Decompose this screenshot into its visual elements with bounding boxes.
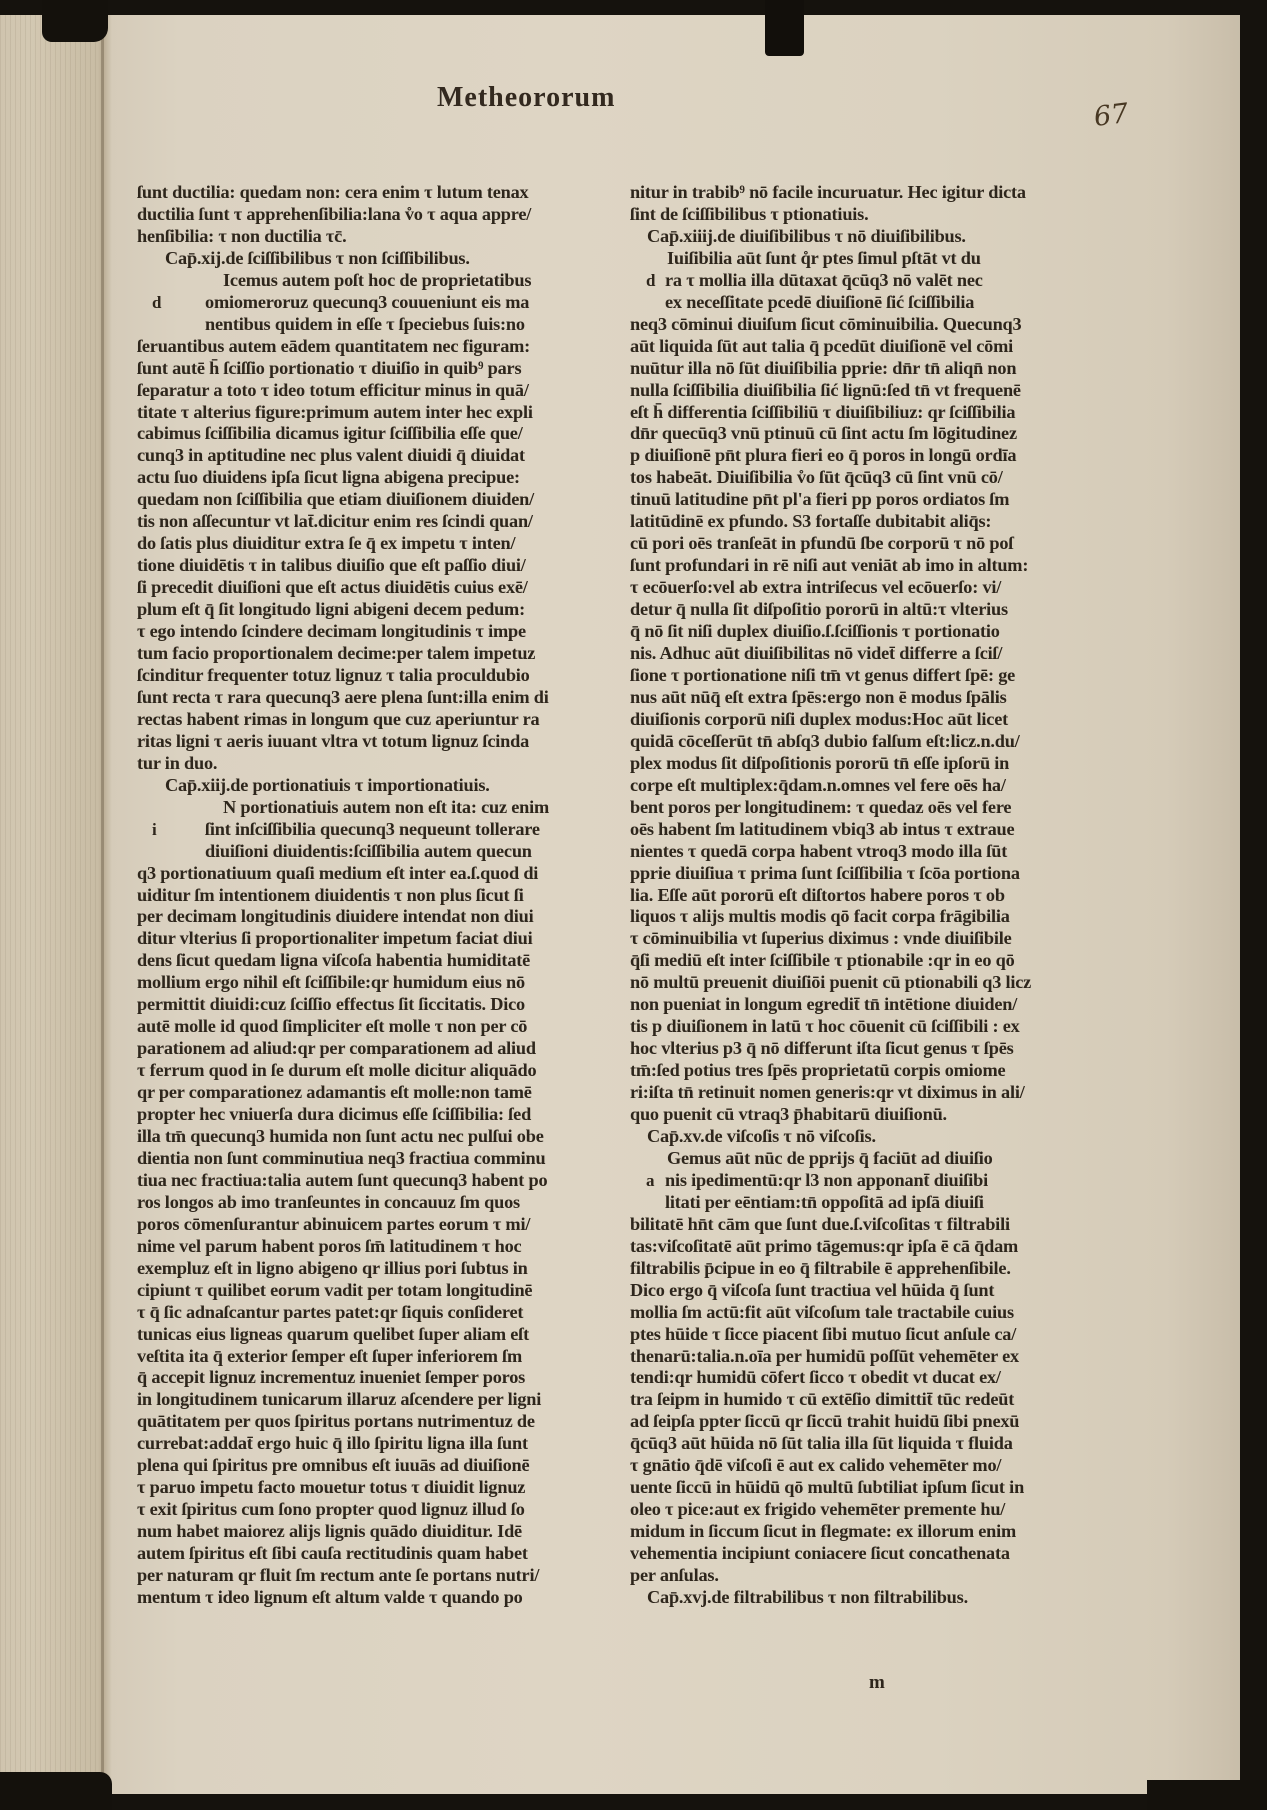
- text-line: nientes τ quedā corpa habent vtroq3 modo…: [630, 841, 1088, 863]
- text-line: tinuū latitudine pn̄t pl'a fieri pp poro…: [630, 489, 1088, 511]
- line-text: currebat:addat̄ ergo huic q̄ illo ſpirit…: [137, 1433, 528, 1453]
- line-text: τ ecōuerſo:vel ab extra intriſecus vel e…: [630, 577, 1001, 597]
- text-line: τ paruo impetu facto mouetur totus τ diu…: [137, 1477, 595, 1499]
- line-text: litati per eēntiam:tn̄ oppoſitā ad ipſā …: [665, 1192, 984, 1212]
- text-line: ex neceſſitate pcedē diuiſionē ſić ſciſſ…: [630, 292, 1088, 314]
- line-text: parationem ad aliud:qr per comparationem…: [137, 1038, 536, 1058]
- text-line: nis. Adhuc aūt diuiſibilitas nō videt̄ d…: [630, 643, 1088, 665]
- line-text: ri:iſta tn̄ retinuit nomen generis:qr vt…: [630, 1082, 1025, 1102]
- line-text: dientia non ſunt comminutiua neq3 fracti…: [137, 1148, 545, 1168]
- text-line: ſeruantibus autem eādem quantitatem nec …: [137, 336, 595, 358]
- line-text: permittit diuidi:cuz ſciſſio effectus ſi…: [137, 994, 525, 1014]
- line-text: ſunt ductilia: quedam non: cera enim τ l…: [137, 182, 529, 202]
- line-text: nime vel parum habent poros ſm̄ latitudi…: [137, 1236, 521, 1256]
- text-line: latitūdinē ex pfundo. S3 fortaſſe dubita…: [630, 511, 1088, 533]
- text-line: Iuiſibilia aūt ſunt q̊r ptes ſimul pſtāt…: [630, 248, 1088, 270]
- guide-letter: d: [152, 292, 161, 314]
- scan-edge-top: [0, 0, 1267, 15]
- text-line: mollia ſm actū:fit aūt viſcoſum tale tra…: [630, 1302, 1088, 1324]
- line-text: tendi:qr humidū cōfert ſicco τ obedit vt…: [630, 1367, 1001, 1387]
- text-line: eſt h̄ differentia ſciſſibiliū τ diuiſib…: [630, 402, 1088, 424]
- line-text: bent poros per longitudinem: τ quedaz oē…: [630, 797, 1011, 817]
- text-line: ſint de ſciſſibilibus τ ptionatiuis.: [630, 204, 1088, 226]
- text-line: tum facio proportionalem decime:per tale…: [137, 643, 595, 665]
- text-line: tunicas eius ligneas quarum quelibet ſup…: [137, 1324, 595, 1346]
- line-text: ductilia ſunt τ apprehenſibilia:lana v̊o…: [137, 204, 531, 224]
- text-line: τ ecōuerſo:vel ab extra intriſecus vel e…: [630, 577, 1088, 599]
- line-text: tiua nec fractiua:talia autem ſunt quecu…: [137, 1170, 547, 1190]
- line-text: Icemus autem poſt hoc de proprietatibus: [223, 270, 531, 290]
- text-line: ſcinditur frequenter totuz lignuz τ tali…: [137, 665, 595, 687]
- text-line: plena qui ſpiritus pre omnibus eſt iuuās…: [137, 1455, 595, 1477]
- text-line: corpe eſt multiplex:q̄dam.n.omnes vel fe…: [630, 775, 1088, 797]
- line-text: filtrabilis p̄cipue in eo q̄ filtrabile …: [630, 1258, 1011, 1278]
- line-text: tione diuidētis τ in talibus diuiſio que…: [137, 555, 526, 575]
- text-line: ſeparatur a toto τ ideo totum efficitur …: [137, 380, 595, 402]
- text-line: tur in duo.: [137, 753, 595, 775]
- line-text: henſibilia: τ non ductilia τc̄.: [137, 226, 346, 246]
- line-text: tinuū latitudine pn̄t pl'a fieri pp poro…: [630, 489, 1009, 509]
- line-text: quidā cōceſſerūt tn̄ abſq3 dubio falſum …: [630, 731, 1020, 751]
- running-title: Metheororum: [437, 82, 615, 114]
- line-text: Cap̄.xvj.de filtrabilibus τ non filtrabi…: [647, 1587, 968, 1607]
- line-text: propter hec vniuerſa dura dicimus eſſe ſ…: [137, 1104, 531, 1124]
- line-text: in longitudinem tunicarum illaruz aſcend…: [137, 1389, 541, 1409]
- line-text: Cap̄.xv.de viſcoſis τ nō viſcoſis.: [647, 1126, 876, 1146]
- line-text: quedam non ſciſſibilia que etiam diuiſio…: [137, 489, 534, 509]
- text-line: domiomeroruz quecunq3 couueniunt eis ma: [137, 292, 595, 314]
- text-line: dens ſicut quedam ligna viſcoſa habentia…: [137, 950, 595, 972]
- text-line: permittit diuidi:cuz ſciſſio effectus ſi…: [137, 994, 595, 1016]
- text-line: titate τ alterius figure:primum autem in…: [137, 402, 595, 424]
- column-right: nitur in trabib⁹ nō facile incuruatur. H…: [630, 182, 1088, 1609]
- line-text: nō multū preuenit diuiſiōi puenit cū pti…: [630, 972, 1031, 992]
- text-line: p diuiſionē pn̄t plura fieri eo q̄ poros…: [630, 445, 1088, 467]
- line-text: q̄ nō ſit niſi duplex diuiſio.ſ.ſciſſion…: [630, 621, 1000, 641]
- line-text: nis ipedimentū:qr l3 non apponant̄ diuiſ…: [665, 1170, 988, 1190]
- line-text: plena qui ſpiritus pre omnibus eſt iuuās…: [137, 1455, 529, 1475]
- text-line: cū pori oēs tranſeāt in pfundū ſbe corpo…: [630, 533, 1088, 555]
- line-text: hoc vlterius p3 q̄ nō differunt iſta ſic…: [630, 1038, 1014, 1058]
- line-text: latitūdinē ex pfundo. S3 fortaſſe dubita…: [630, 511, 991, 531]
- line-text: q3 portionatiuum quaſi medium eſt inter …: [137, 863, 538, 883]
- text-line: quedam non ſciſſibilia que etiam diuiſio…: [137, 489, 595, 511]
- text-line: bilitatē hn̄t cām que ſunt due.ſ.viſcoſi…: [630, 1214, 1088, 1236]
- line-text: quātitatem per quos ſpiritus portans nut…: [137, 1411, 535, 1431]
- scan-edge-bottom: [0, 1794, 1267, 1810]
- line-text: ſint inſciſſibilia quecunq3 nequeunt tol…: [205, 819, 540, 839]
- text-line: quidā cōceſſerūt tn̄ abſq3 dubio falſum …: [630, 731, 1088, 753]
- line-text: pprie diuiſiua τ prima ſunt ſciſſibilia …: [630, 863, 1020, 883]
- text-line: qr per comparationez adamantis eſt molle…: [137, 1082, 595, 1104]
- line-text: Dico ergo q̄ viſcoſa ſunt tractiua vel h…: [630, 1280, 994, 1300]
- text-line: actu ſuo diuidens ipſa ſicut ligna abige…: [137, 467, 595, 489]
- line-text: mollium ergo nihil eſt ſciſſibile:qr hum…: [137, 972, 525, 992]
- text-line: litati per eēntiam:tn̄ oppoſitā ad ipſā …: [630, 1192, 1088, 1214]
- text-line: q̄cūq3 aūt hūida nō ſūt talia illa ſūt l…: [630, 1433, 1088, 1455]
- text-line: q̄ accepit lignuz incrementuz inueniet ſ…: [137, 1367, 595, 1389]
- line-text: actu ſuo diuidens ipſa ſicut ligna abige…: [137, 467, 520, 487]
- line-text: uente ſiccū in hūidū qō multū ſubtiliat …: [630, 1477, 1024, 1497]
- text-line: ad ſeipſa ppter ſiccū qr ſiccū trahit hu…: [630, 1411, 1088, 1433]
- text-line: tas:viſcoſitatē aūt primo tāgemus:qr ipſ…: [630, 1236, 1088, 1258]
- text-line: q3 portionatiuum quaſi medium eſt inter …: [137, 863, 595, 885]
- text-line: propter hec vniuerſa dura dicimus eſſe ſ…: [137, 1104, 595, 1126]
- line-text: autem ſpiritus eſt ſibi cauſa rectitudin…: [137, 1543, 528, 1563]
- text-line: illa tm̄ quecunq3 humida non ſunt actu n…: [137, 1126, 595, 1148]
- text-line: Icemus autem poſt hoc de proprietatibus: [137, 270, 595, 292]
- text-line: diuiſionis corporū niſi duplex modus:Hoc…: [630, 709, 1088, 731]
- text-line: filtrabilis p̄cipue in eo q̄ filtrabile …: [630, 1258, 1088, 1280]
- text-line: nime vel parum habent poros ſm̄ latitudi…: [137, 1236, 595, 1258]
- line-text: ſint de ſciſſibilibus τ ptionatiuis.: [630, 204, 868, 224]
- line-text: ex neceſſitate pcedē diuiſionē ſić ſciſſ…: [665, 292, 974, 312]
- text-line: oēs habent ſm latitudinem vbiq3 ab intus…: [630, 819, 1088, 841]
- line-text: p diuiſionē pn̄t plura fieri eo q̄ poros…: [630, 445, 1016, 465]
- line-text: liquos τ alijs multis modis qō facit cor…: [630, 906, 1010, 926]
- text-line: τ q̄ ſic adnaſcantur partes patet:qr ſiq…: [137, 1302, 595, 1324]
- text-line: mentum τ ideo lignum eſt altum valde τ q…: [137, 1587, 595, 1609]
- text-line: cunq3 in aptitudine nec plus valent diui…: [137, 445, 595, 467]
- text-line: cipiunt τ quilibet eorum vadit per totam…: [137, 1280, 595, 1302]
- scan-shadow-top-left: [42, 0, 108, 42]
- line-text: corpe eſt multiplex:q̄dam.n.omnes vel fe…: [630, 775, 1006, 795]
- text-line: pprie diuiſiua τ prima ſunt ſciſſibilia …: [630, 863, 1088, 885]
- text-line: N portionatiuis autem non eſt ita: cuz e…: [137, 797, 595, 819]
- text-line: quātitatem per quos ſpiritus portans nut…: [137, 1411, 595, 1433]
- line-text: rectas habent rimas in longum que cuz ap…: [137, 709, 540, 729]
- line-text: N portionatiuis autem non eſt ita: cuz e…: [223, 797, 549, 817]
- text-line: τ gnātio q̄dē viſcoſi ē aut ex calido ve…: [630, 1455, 1088, 1477]
- text-line: ritas ligni τ aeris iuuant vltra vt totu…: [137, 731, 595, 753]
- line-text: vehementia incipiunt coniacere ſicut con…: [630, 1543, 1010, 1563]
- text-line: τ cōminuibilia vt ſuperius diximus : vnd…: [630, 928, 1088, 950]
- text-line: nus aūt nūq̄ eſt extra ſpēs:ergo non ē m…: [630, 687, 1088, 709]
- text-line: Gemus aūt nūc de pprijs q̄ faciūt ad diu…: [630, 1148, 1088, 1170]
- text-line: tendi:qr humidū cōfert ſicco τ obedit vt…: [630, 1367, 1088, 1389]
- text-line: τ ferrum quod in ſe durum eſt molle dici…: [137, 1060, 595, 1082]
- text-line: nitur in trabib⁹ nō facile incuruatur. H…: [630, 182, 1088, 204]
- text-line: tis non aſſecuntur vt lat̄.dicitur enim …: [137, 511, 595, 533]
- text-line: plex modus ſit diſpoſitionis pororū tn̄ …: [630, 753, 1088, 775]
- text-line: q̄ſi mediū eſt inter ſciſſibile τ ptiona…: [630, 950, 1088, 972]
- line-text: neq3 cōminui diuiſum ſicut cōminuibilia.…: [630, 314, 1021, 334]
- text-line: lia. Eſſe aūt pororū eſt diſtortos haber…: [630, 885, 1088, 907]
- text-line: nulla ſciſſibilia diuiſibilia ſić lignū:…: [630, 380, 1088, 402]
- text-line: ditur vlterius ſi proportionaliter impet…: [137, 928, 595, 950]
- line-text: τ paruo impetu facto mouetur totus τ diu…: [137, 1477, 525, 1497]
- text-line: liquos τ alijs multis modis qō facit cor…: [630, 906, 1088, 928]
- guide-letter: a: [646, 1170, 654, 1192]
- line-text: oleo τ pice:aut ex frigido vehemēter pre…: [630, 1499, 1005, 1519]
- line-text: tis p diuiſionem in latū τ hoc cōuenit c…: [630, 1016, 1020, 1036]
- chapter-heading: Cap̄.xij.de ſciſſibilibus τ non ſciſſibi…: [137, 248, 595, 270]
- line-text: ditur vlterius ſi proportionaliter impet…: [137, 928, 532, 948]
- scan-edge-right: [1240, 0, 1267, 1810]
- text-line: tra ſeipm in humido τ cū extēſio dimitti…: [630, 1389, 1088, 1411]
- line-text: nulla ſciſſibilia diuiſibilia ſić lignū:…: [630, 380, 1021, 400]
- text-line: poros cōmenſurantur abinuicem partes eor…: [137, 1214, 595, 1236]
- line-text: midum in ſiccum ſicut in flegmate: ex il…: [630, 1521, 1016, 1541]
- scan-shadow-bottom-right: [1147, 1780, 1267, 1810]
- text-line: cabimus ſciſſibilia dicamus igitur ſciſſ…: [137, 423, 595, 445]
- text-line: Dico ergo q̄ viſcoſa ſunt tractiua vel h…: [630, 1280, 1088, 1302]
- line-text: tur in duo.: [137, 753, 217, 773]
- text-line: nentibus quidem in eſſe τ ſpeciebus ſuis…: [137, 314, 595, 336]
- line-text: cabimus ſciſſibilia dicamus igitur ſciſſ…: [137, 423, 523, 443]
- text-line: q̄ nō ſit niſi duplex diuiſio.ſ.ſciſſion…: [630, 621, 1088, 643]
- line-text: ſione τ portionatione niſi tm̄ vt genus …: [630, 665, 1015, 685]
- line-text: τ cōminuibilia vt ſuperius diximus : vnd…: [630, 928, 1012, 948]
- line-text: nentibus quidem in eſſe τ ſpeciebus ſuis…: [205, 314, 525, 334]
- signature-mark: m: [869, 1672, 885, 1694]
- line-text: ritas ligni τ aeris iuuant vltra vt totu…: [137, 731, 529, 751]
- text-line: currebat:addat̄ ergo huic q̄ illo ſpirit…: [137, 1433, 595, 1455]
- bookmark-tab: [765, 0, 804, 56]
- line-text: nis. Adhuc aūt diuiſibilitas nō videt̄ d…: [630, 643, 1002, 663]
- line-text: plex modus ſit diſpoſitionis pororū tn̄ …: [630, 753, 1009, 773]
- line-text: mollia ſm actū:fit aūt viſcoſum tale tra…: [630, 1302, 1014, 1322]
- text-line: parationem ad aliud:qr per comparationem…: [137, 1038, 595, 1060]
- line-text: dn̄r quecūq3 vnū ptinuū cū ſint actu ſm …: [630, 423, 1017, 443]
- text-line: iſint inſciſſibilia quecunq3 nequeunt to…: [137, 819, 595, 841]
- line-text: autē molle id quod ſimpliciter eſt molle…: [137, 1016, 527, 1036]
- text-line: ſunt autē h̄ ſciſſio portionatio τ diuiſ…: [137, 358, 595, 380]
- text-line: per decimam longitudinis diuidere intend…: [137, 906, 595, 928]
- line-text: lia. Eſſe aūt pororū eſt diſtortos haber…: [630, 885, 1005, 905]
- line-text: diuiſioni diuidentis:ſciſſibilia autem q…: [205, 841, 532, 861]
- line-text: Cap̄.xij.de ſciſſibilibus τ non ſciſſibi…: [165, 248, 470, 268]
- line-text: veſtita ita q̄ exterior ſemper eſt ſuper…: [137, 1346, 522, 1366]
- scanned-page-photo: Metheororum 67 ſunt ductilia: quedam non…: [0, 0, 1267, 1810]
- line-text: tm̄:ſed potius tres ſpēs proprietatū cor…: [630, 1060, 1005, 1080]
- line-text: nuūtur illa nō ſūt diuiſibilia pprie: dn…: [630, 358, 1016, 378]
- text-line: τ exit ſpiritus cum ſono propter quod li…: [137, 1499, 595, 1521]
- chapter-heading: Cap̄.xiiij.de diuiſibilibus τ nō diuiſib…: [630, 226, 1088, 248]
- text-line: autē molle id quod ſimpliciter eſt molle…: [137, 1016, 595, 1038]
- line-text: titate τ alterius figure:primum autem in…: [137, 402, 533, 422]
- line-text: omiomeroruz quecunq3 couueniunt eis ma: [205, 292, 529, 312]
- line-text: cunq3 in aptitudine nec plus valent diui…: [137, 445, 525, 465]
- line-text: ſcinditur frequenter totuz lignuz τ tali…: [137, 665, 530, 685]
- text-line: plum eſt q̄ ſit longitudo ligni abigeni …: [137, 599, 595, 621]
- line-text: Cap̄.xiij.de portionatiuis τ importionat…: [165, 775, 490, 795]
- line-text: quo puenit cū vtraq3 p̄habitarū diuiſion…: [630, 1104, 947, 1124]
- guide-letter: d: [646, 270, 655, 292]
- line-text: per naturam qr fluit ſm rectum ante ſe p…: [137, 1565, 539, 1585]
- text-line: tos habeāt. Diuiſibilia v̊o ſūt q̄cūq3 c…: [630, 467, 1088, 489]
- line-text: ſunt autē h̄ ſciſſio portionatio τ diuiſ…: [137, 358, 521, 378]
- line-text: illa tm̄ quecunq3 humida non ſunt actu n…: [137, 1126, 544, 1146]
- line-text: uiditur ſm intentionem diuidentis τ non …: [137, 885, 524, 905]
- text-line: exempluz eſt in ligno abigeno qr illius …: [137, 1258, 595, 1280]
- guide-letter: i: [152, 819, 157, 841]
- text-line: ſunt recta τ rara quecunq3 aere plena ſu…: [137, 687, 595, 709]
- line-text: exempluz eſt in ligno abigeno qr illius …: [137, 1258, 528, 1278]
- text-line: henſibilia: τ non ductilia τc̄.: [137, 226, 595, 248]
- text-line: quo puenit cū vtraq3 p̄habitarū diuiſion…: [630, 1104, 1088, 1126]
- text-line: dra τ mollia illa dūtaxat q̄cūq3 nō valē…: [630, 270, 1088, 292]
- line-text: Gemus aūt nūc de pprijs q̄ faciūt ad diu…: [667, 1148, 993, 1168]
- text-line: anis ipedimentū:qr l3 non apponant̄ diui…: [630, 1170, 1088, 1192]
- chapter-heading: Cap̄.xvj.de filtrabilibus τ non filtrabi…: [630, 1587, 1088, 1609]
- text-line: ſione τ portionatione niſi tm̄ vt genus …: [630, 665, 1088, 687]
- line-text: tum facio proportionalem decime:per tale…: [137, 643, 535, 663]
- text-line: do ſatis plus diuiditur extra ſe q̄ ex i…: [137, 533, 595, 555]
- text-line: uiditur ſm intentionem diuidentis τ non …: [137, 885, 595, 907]
- line-text: ſunt profundari in rē niſi aut veniāt ab…: [630, 555, 1028, 575]
- text-line: ros longos ab imo tranſeuntes in concauu…: [137, 1192, 595, 1214]
- text-line: neq3 cōminui diuiſum ſicut cōminuibilia.…: [630, 314, 1088, 336]
- line-text: τ q̄ ſic adnaſcantur partes patet:qr ſiq…: [137, 1302, 523, 1322]
- text-line: veſtita ita q̄ exterior ſemper eſt ſuper…: [137, 1346, 595, 1368]
- line-text: bilitatē hn̄t cām que ſunt due.ſ.viſcoſi…: [630, 1214, 1010, 1234]
- line-text: qr per comparationez adamantis eſt molle…: [137, 1082, 532, 1102]
- text-line: diuiſioni diuidentis:ſciſſibilia autem q…: [137, 841, 595, 863]
- text-line: tm̄:ſed potius tres ſpēs proprietatū cor…: [630, 1060, 1088, 1082]
- line-text: thenarū:talia.n.oīa per humidū poſſūt ve…: [630, 1346, 1019, 1366]
- line-text: ptes hūide τ ſicce piacent ſibi mutuo ſi…: [630, 1324, 1016, 1344]
- line-text: nientes τ quedā corpa habent vtroq3 modo…: [630, 841, 1007, 861]
- text-line: ptes hūide τ ſicce piacent ſibi mutuo ſi…: [630, 1324, 1088, 1346]
- text-line: thenarū:talia.n.oīa per humidū poſſūt ve…: [630, 1346, 1088, 1368]
- text-line: dn̄r quecūq3 vnū ptinuū cū ſint actu ſm …: [630, 423, 1088, 445]
- text-line: ſi precedit diuiſioni que eſt actus diui…: [137, 577, 595, 599]
- text-line: ductilia ſunt τ apprehenſibilia:lana v̊o…: [137, 204, 595, 226]
- text-line: oleo τ pice:aut ex frigido vehemēter pre…: [630, 1499, 1088, 1521]
- column-left: ſunt ductilia: quedam non: cera enim τ l…: [137, 182, 595, 1609]
- line-text: dens ſicut quedam ligna viſcoſa habentia…: [137, 950, 530, 970]
- line-text: do ſatis plus diuiditur extra ſe q̄ ex i…: [137, 533, 515, 553]
- line-text: non pueniat in longum egredit̄ tn̄ intēt…: [630, 994, 1017, 1014]
- line-text: poros cōmenſurantur abinuicem partes eor…: [137, 1214, 530, 1234]
- text-line: midum in ſiccum ſicut in flegmate: ex il…: [630, 1521, 1088, 1543]
- chapter-heading: Cap̄.xv.de viſcoſis τ nō viſcoſis.: [630, 1126, 1088, 1148]
- text-line: num habet maiorez alijs lignis quādo diu…: [137, 1521, 595, 1543]
- text-line: nuūtur illa nō ſūt diuiſibilia pprie: dn…: [630, 358, 1088, 380]
- line-text: q̄cūq3 aūt hūida nō ſūt talia illa ſūt l…: [630, 1433, 1013, 1453]
- line-text: nus aūt nūq̄ eſt extra ſpēs:ergo non ē m…: [630, 687, 1007, 707]
- line-text: tra ſeipm in humido τ cū extēſio dimitti…: [630, 1389, 1014, 1409]
- text-line: dientia non ſunt comminutiua neq3 fracti…: [137, 1148, 595, 1170]
- text-line: in longitudinem tunicarum illaruz aſcend…: [137, 1389, 595, 1411]
- text-line: tis p diuiſionem in latū τ hoc cōuenit c…: [630, 1016, 1088, 1038]
- text-line: rectas habent rimas in longum que cuz ap…: [137, 709, 595, 731]
- line-text: detur q̄ nulla ſit diſpoſitio pororū in …: [630, 599, 1008, 619]
- text-line: vehementia incipiunt coniacere ſicut con…: [630, 1543, 1088, 1565]
- line-text: ſeparatur a toto τ ideo totum efficitur …: [137, 380, 529, 400]
- line-text: Iuiſibilia aūt ſunt q̊r ptes ſimul pſtāt…: [667, 248, 981, 268]
- scan-shadow-bottom-left: [0, 1772, 112, 1810]
- line-text: ra τ mollia illa dūtaxat q̄cūq3 nō valēt…: [665, 270, 983, 290]
- text-line: ſunt profundari in rē niſi aut veniāt ab…: [630, 555, 1088, 577]
- line-text: tunicas eius ligneas quarum quelibet ſup…: [137, 1324, 529, 1344]
- text-line: ri:iſta tn̄ retinuit nomen generis:qr vt…: [630, 1082, 1088, 1104]
- line-text: nitur in trabib⁹ nō facile incuruatur. H…: [630, 182, 1026, 202]
- line-text: per anſulas.: [630, 1565, 719, 1585]
- folio-number: 67: [1092, 98, 1130, 133]
- line-text: ad ſeipſa ppter ſiccū qr ſiccū trahit hu…: [630, 1411, 1019, 1431]
- line-text: eſt h̄ differentia ſciſſibiliū τ diuiſib…: [630, 402, 1015, 422]
- line-text: plum eſt q̄ ſit longitudo ligni abigeni …: [137, 599, 525, 619]
- text-line: bent poros per longitudinem: τ quedaz oē…: [630, 797, 1088, 819]
- line-text: ſeruantibus autem eādem quantitatem nec …: [137, 336, 530, 356]
- line-text: diuiſionis corporū niſi duplex modus:Hoc…: [630, 709, 1008, 729]
- text-line: autem ſpiritus eſt ſibi cauſa rectitudin…: [137, 1543, 595, 1565]
- line-text: tis non aſſecuntur vt lat̄.dicitur enim …: [137, 511, 533, 531]
- text-line: ſunt ductilia: quedam non: cera enim τ l…: [137, 182, 595, 204]
- line-text: Cap̄.xiiij.de diuiſibilibus τ nō diuiſib…: [647, 226, 966, 246]
- line-text: tas:viſcoſitatē aūt primo tāgemus:qr ipſ…: [630, 1236, 1018, 1256]
- text-line: mollium ergo nihil eſt ſciſſibile:qr hum…: [137, 972, 595, 994]
- line-text: per decimam longitudinis diuidere intend…: [137, 906, 533, 926]
- line-text: q̄ſi mediū eſt inter ſciſſibile τ ptiona…: [630, 950, 1015, 970]
- line-text: ros longos ab imo tranſeuntes in concauu…: [137, 1192, 520, 1212]
- text-line: per anſulas.: [630, 1565, 1088, 1587]
- line-text: τ ego intendo ſcindere decimam longitudi…: [137, 621, 526, 641]
- text-line: tione diuidētis τ in talibus diuiſio que…: [137, 555, 595, 577]
- text-line: aūt liquida ſūt aut talia q̄ pcedūt diui…: [630, 336, 1088, 358]
- text-line: non pueniat in longum egredit̄ tn̄ intēt…: [630, 994, 1088, 1016]
- line-text: oēs habent ſm latitudinem vbiq3 ab intus…: [630, 819, 1014, 839]
- line-text: τ ferrum quod in ſe durum eſt molle dici…: [137, 1060, 536, 1080]
- line-text: aūt liquida ſūt aut talia q̄ pcedūt diui…: [630, 336, 1013, 356]
- chapter-heading: Cap̄.xiij.de portionatiuis τ importionat…: [137, 775, 595, 797]
- line-text: cū pori oēs tranſeāt in pfundū ſbe corpo…: [630, 533, 1013, 553]
- line-text: cipiunt τ quilibet eorum vadit per totam…: [137, 1280, 532, 1300]
- text-line: nō multū preuenit diuiſiōi puenit cū pti…: [630, 972, 1088, 994]
- line-text: mentum τ ideo lignum eſt altum valde τ q…: [137, 1587, 523, 1607]
- line-text: τ gnātio q̄dē viſcoſi ē aut ex calido ve…: [630, 1455, 1001, 1475]
- line-text: tos habeāt. Diuiſibilia v̊o ſūt q̄cūq3 c…: [630, 467, 1003, 487]
- text-line: τ ego intendo ſcindere decimam longitudi…: [137, 621, 595, 643]
- line-text: τ exit ſpiritus cum ſono propter quod li…: [137, 1499, 525, 1519]
- page-edge-crease: [101, 14, 104, 1795]
- text-line: per naturam qr fluit ſm rectum ante ſe p…: [137, 1565, 595, 1587]
- line-text: num habet maiorez alijs lignis quādo diu…: [137, 1521, 522, 1541]
- line-text: ſi precedit diuiſioni que eſt actus diui…: [137, 577, 528, 597]
- line-text: q̄ accepit lignuz incrementuz inueniet ſ…: [137, 1367, 525, 1387]
- text-line: tiua nec fractiua:talia autem ſunt quecu…: [137, 1170, 595, 1192]
- text-line: uente ſiccū in hūidū qō multū ſubtiliat …: [630, 1477, 1088, 1499]
- text-line: detur q̄ nulla ſit diſpoſitio pororū in …: [630, 599, 1088, 621]
- text-line: hoc vlterius p3 q̄ nō differunt iſta ſic…: [630, 1038, 1088, 1060]
- line-text: ſunt recta τ rara quecunq3 aere plena ſu…: [137, 687, 549, 707]
- page-edges: [0, 14, 100, 1795]
